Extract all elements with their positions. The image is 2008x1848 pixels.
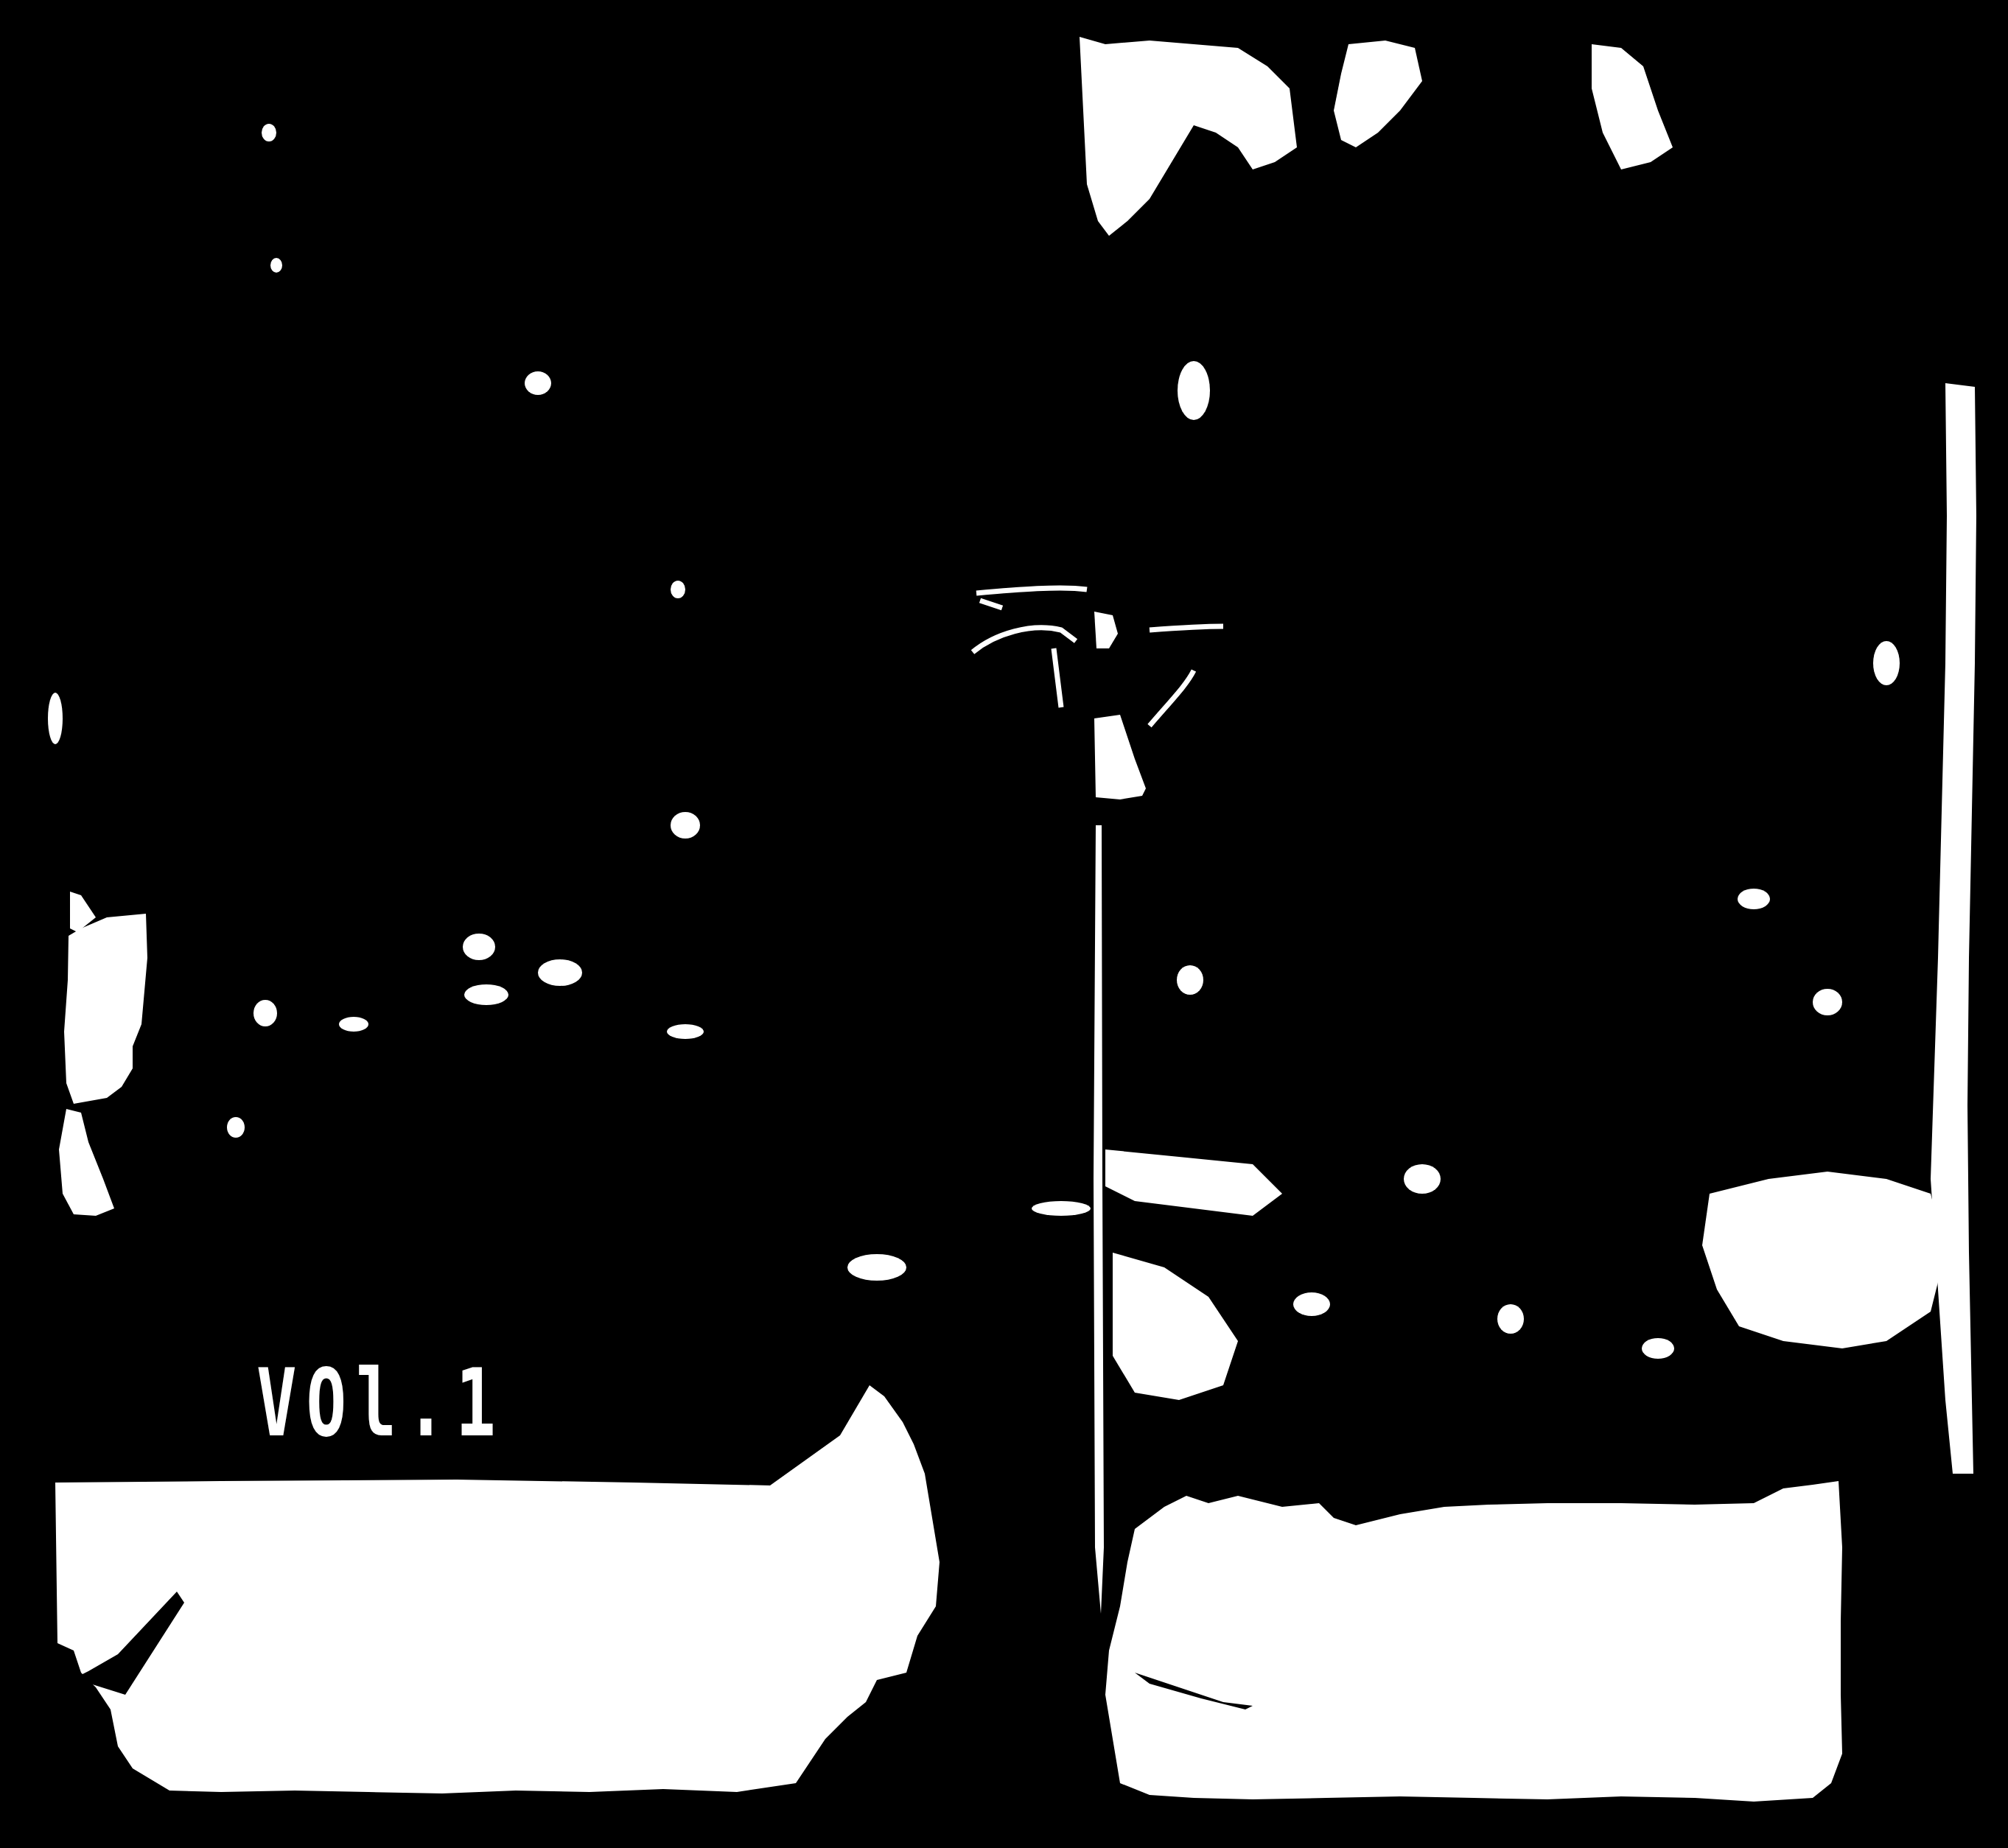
volume-label-text: VOl.1 [256, 1357, 506, 1450]
right-lower-worn-region [1702, 1172, 1945, 1348]
book-cover-scene [0, 0, 2008, 1848]
right-bottom-label-patch [1105, 1481, 1842, 1802]
